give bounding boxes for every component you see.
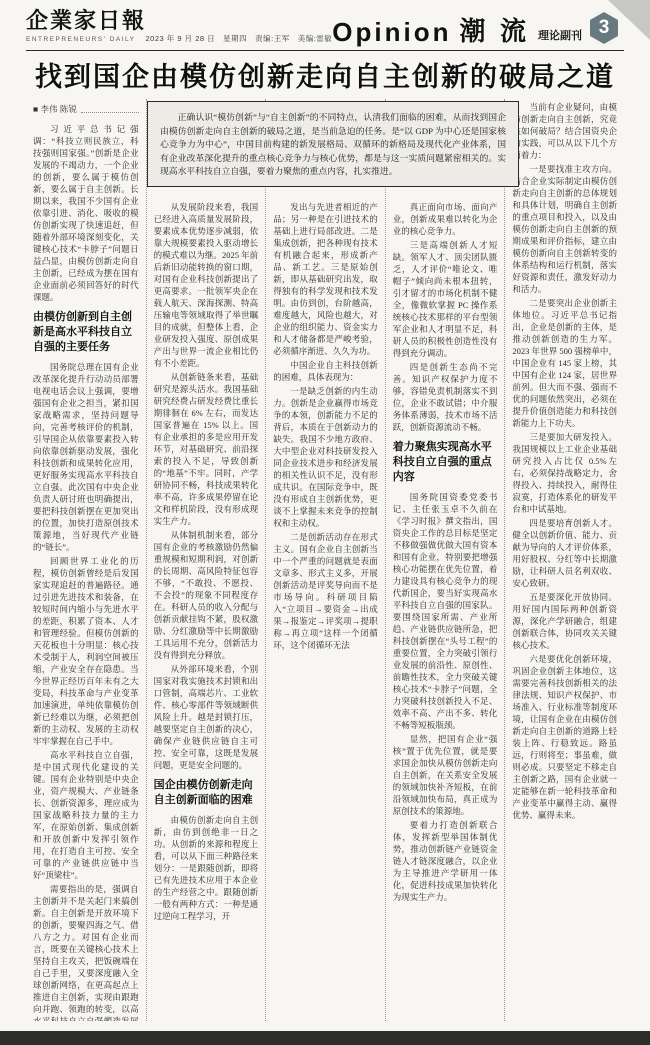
body-paragraph: 显然，把国有企业“强核”置于优先位置，就是要求国企加快从模仿创新走向自主创新，在… <box>393 733 498 817</box>
body-paragraph: 从发展阶段来看，我国已经进入高质量发展阶段，要素成本优势逐步减弱，依靠大规模要素… <box>154 201 259 369</box>
body-paragraph: 中国企业自主科技创新的困难，具体表现为： <box>273 359 378 383</box>
section-heading: 由模仿创新到自主创新是高水平科技自立自强的主要任务 <box>33 310 139 355</box>
column-1: ■ 李伟 陈锐 习近平总书记强调：“科技立则民族立，科技强则国家强。”创新是企业… <box>26 99 146 1021</box>
intro-box: 正确认识“模仿创新”与“自主创新”的不同特点，认清我们面临的困难，从而找到国企由… <box>147 101 519 187</box>
date-editors-line: 2023 年 9 月 28 日 星期四 责编:王军 美编:雷敏 <box>146 33 333 44</box>
article-headline: 找到国企由模仿创新走向自主创新的破局之道 <box>26 61 624 93</box>
body-paragraph: 三是高端创新人才短缺。领军人才、顶尖团队匮乏，人才评价“唯论文、唯帽子”倾向尚未… <box>393 239 498 359</box>
body-paragraph: 一是缺乏创新的内生动力。创新是企业赢得市场竞争的本领，创新能力不足的背后，本质在… <box>273 385 378 529</box>
section-banner: Opinion 潮 流 理论副刊 3 <box>332 12 624 44</box>
intro-text: 正确认识“模仿创新”与“自主创新”的不同特点，认清我们面临的困难，从而找到国企由… <box>160 111 506 179</box>
masthead-subline: ENTREPRENEURS' DAILY 2023 年 9 月 28 日 星期四… <box>26 33 332 44</box>
page-bottom-band <box>0 1031 650 1045</box>
body-paragraph: 习近平总书记强调：“科技立则民族立，科技强则国家强。”创新是企业发展的不竭动力，… <box>33 123 139 303</box>
body-paragraph: 五是要深化开放协同。用好国内国际两种创新资源，深化产学研融合，组建创新联合体，协… <box>512 591 617 651</box>
body-paragraph: 国务院国资委党委书记、主任张玉卓不久前在《学习时报》撰文指出，国资央企工作的总目… <box>393 491 498 731</box>
section-heading: 国企由模仿创新走向自主创新面临的困难 <box>154 778 259 808</box>
body-paragraph: 四是要培育创新人才。健全以创新价值、能力、贡献为导向的人才评价体系，用好股权、分… <box>512 517 617 589</box>
body-paragraph: 一是要找准主攻方向。结合企业实际制定由模仿创新走向自主创新的总体规划和具体计划，… <box>512 163 617 295</box>
column-layout: ■ 李伟 陈锐 习近平总书记强调：“科技立则民族立，科技强则国家强。”创新是企业… <box>26 99 624 1021</box>
body-paragraph: 高水平科技自立自强，是中国式现代化建设的关键。国有企业特别是中央企业，资产规模大… <box>33 749 139 881</box>
newspaper-page: 企業家日報 ENTREPRENEURS' DAILY 2023 年 9 月 28… <box>0 0 650 1045</box>
body-paragraph: 从体制机制来看，部分国有企业的考核激励仍然偏重规模和短期利润，对创新的长周期、高… <box>154 529 259 661</box>
column-4: 真正面向市场、面向产业，创新成果难以转化为企业的核心竞争力。三是高端创新人才短缺… <box>385 99 505 1021</box>
section-heading: 着力聚焦实现高水平科技自立自强的重点内容 <box>393 440 498 485</box>
body-paragraph: 发出与先进者相近的产品；另一种是在引进技术的基础上进行局部改进。二是集成创新，把… <box>273 201 378 357</box>
body-paragraph: 二是创新活动存在形式主义。国有企业自主创新当中一个严重的问题就是表面文章多、形式… <box>273 531 378 651</box>
masthead-left: 企業家日報 ENTREPRENEURS' DAILY 2023 年 9 月 28… <box>26 10 332 44</box>
column-5: 当前有企业疑问，由模仿创新走向自主创新，究竟该如何破局？结合国资央企的实践，可以… <box>504 99 624 1021</box>
body-paragraph: 从外部环境来看，个别国家对我实施技术封锁和出口管制，高端芯片、工业软件、核心零部… <box>154 663 259 771</box>
header-rule <box>26 50 624 51</box>
column-3: 发出与先进者相近的产品；另一种是在引进技术的基础上进行局部改进。二是集成创新，把… <box>265 99 385 1021</box>
body-paragraph: 需要指出的是，强调自主创新并不是关起门来搞创新。自主创新是开放环境下的创新，要聚… <box>33 883 139 1021</box>
body-paragraph: 三是要加大研发投入。我国规模以上工业企业基础研究投入占比仅 0.5%左右，必须保… <box>512 431 617 515</box>
body-paragraph: 六是要优化创新环境，巩固企业创新主体地位，这需要完善科技创新相关的法律法规、知识… <box>512 653 617 821</box>
body-paragraph: 国务院总理在国有企业改革深化提升行动动员部署电视电话会议上强调，要增强国有企业之… <box>33 361 139 553</box>
body-paragraph: 真正面向市场、面向产业，创新成果难以转化为企业的核心竞争力。 <box>393 201 498 237</box>
body-paragraph: 四是创新生态尚不完善。知识产权保护力度不够，容错免责机制落实不到位，企业不敢试错… <box>393 361 498 433</box>
body-paragraph: 从创新链条来看，基础研究是源头活水。我国基础研究经费占研发经费比重长期徘徊在 6… <box>154 371 259 527</box>
section-subtitle: 理论副刊 <box>538 29 582 44</box>
masthead: 企業家日報 ENTREPRENEURS' DAILY 2023 年 9 月 28… <box>0 0 650 48</box>
column-2: 从发展阶段来看，我国已经进入高质量发展阶段，要素成本优势逐步减弱，依靠大规模要素… <box>146 99 266 1021</box>
section-title-en: Opinion <box>332 20 451 44</box>
section-title-cn: 潮 流 <box>459 20 530 44</box>
byline: ■ 李伟 陈锐 <box>33 103 77 115</box>
byline-row: ■ 李伟 陈锐 <box>33 103 139 115</box>
article-body: 正确认识“模仿创新”与“自主创新”的不同特点，认清我们面临的困难，从而找到国企由… <box>26 99 624 1021</box>
body-paragraph: 要着力打造创新联合体，发挥新型举国体制优势，推动创新链产业链资金链人才链深度融合… <box>393 819 498 903</box>
byline-rule <box>81 111 139 113</box>
body-paragraph: 二是要突出企业创新主体地位。习近平总书记指出，企业是创新的主体，是推动创新创造的… <box>512 297 617 429</box>
body-paragraph: 由模仿创新走向自主创新，由仿到创绝非一日之功。从创新的来源和程度上看，可以从下面… <box>154 814 259 922</box>
newspaper-logo-en: ENTREPRENEURS' DAILY <box>26 36 136 43</box>
body-paragraph: 回顾世界工业化的历程，模仿创新曾经是后发国家实现追赶的普遍路径。通过引进先进技术… <box>33 555 139 747</box>
newspaper-logo: 企業家日報 <box>26 10 332 32</box>
body-paragraph: 当前有企业疑问，由模仿创新走向自主创新，究竟该如何破局？结合国资央企的实践，可以… <box>512 101 617 161</box>
